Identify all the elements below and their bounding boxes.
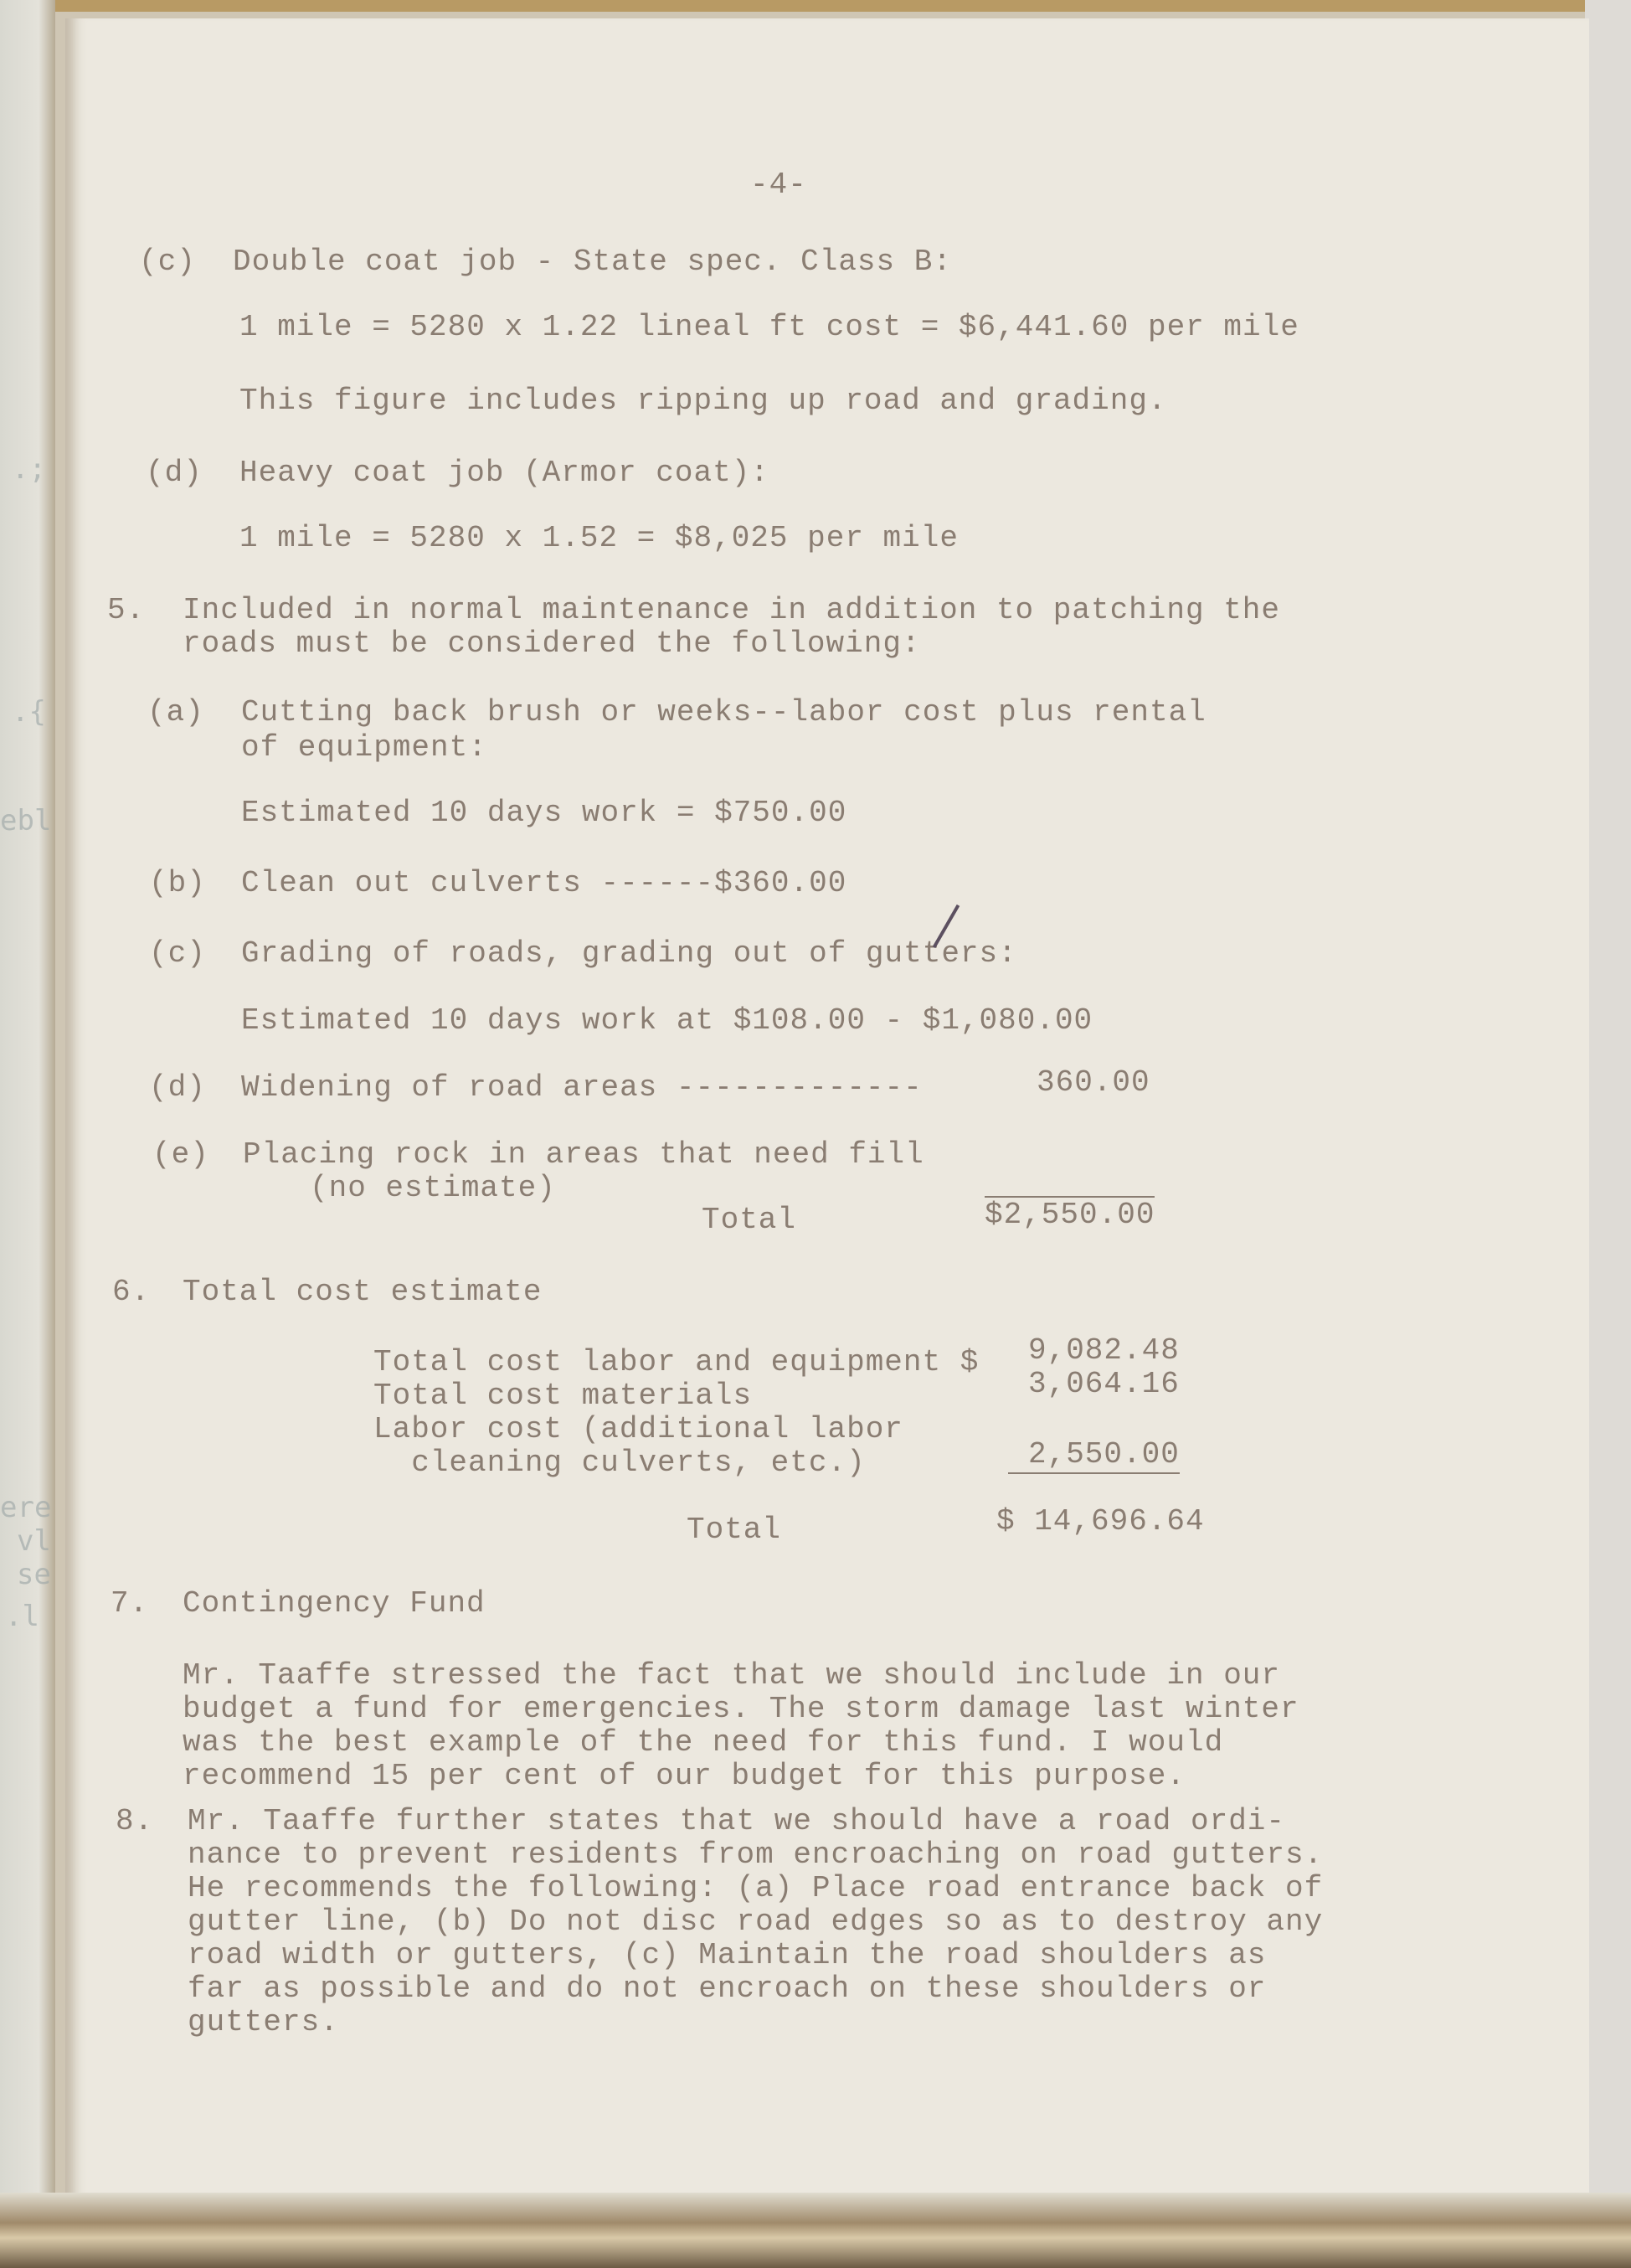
paragraph-line: was the best example of the need for thi… <box>183 1725 1223 1760</box>
paragraph-line: far as possible and do not encroach on t… <box>188 1972 1266 2007</box>
ghost-text: ere <box>0 1491 51 1524</box>
cost-row-label: Labor cost (additional labor <box>373 1412 903 1447</box>
item-label: (c) <box>149 936 206 972</box>
ghost-text: ebl <box>0 804 51 838</box>
ghost-text: vl <box>17 1524 51 1558</box>
item-text: Cutting back brush or weeks--labor cost … <box>241 695 1207 730</box>
paragraph-line: He recommends the following: (a) Place r… <box>188 1871 1323 1906</box>
item-amount: 360.00 <box>1037 1065 1150 1100</box>
paragraph-line: road width or gutters, (c) Maintain the … <box>188 1938 1266 1973</box>
item-text: of equipment: <box>241 730 487 765</box>
paragraph-line: gutters. <box>188 2005 339 2040</box>
item-label: (a) <box>147 695 204 730</box>
paragraph-line: Mr. Taaffe stressed the fact that we sho… <box>183 1658 1280 1693</box>
ghost-text: .{ <box>12 695 46 729</box>
item-text: Placing rock in areas that need fill <box>243 1137 924 1173</box>
total-label: Total <box>687 1513 781 1548</box>
paragraph-line: gutter line, (b) Do not disc road edges … <box>188 1905 1323 1940</box>
section-number: 8. <box>116 1804 153 1839</box>
paragraph-line: budget a fund for emergencies. The storm… <box>183 1692 1299 1727</box>
cost-row-label: Total cost labor and equipment $ <box>373 1345 979 1380</box>
adjacent-page-right <box>1585 0 1631 2268</box>
cost-row-value: 3,064.16 <box>1028 1367 1180 1402</box>
item-estimate: Estimated 10 days work = $750.00 <box>241 796 846 831</box>
page-number: -4- <box>750 168 807 203</box>
item-label: (c) <box>139 245 196 280</box>
item-label: (d) <box>149 1070 206 1106</box>
document-body: -4- (c) Double coat job - State spec. Cl… <box>65 18 1589 2229</box>
cost-formula: 1 mile = 5280 x 1.22 lineal ft cost = $6… <box>239 310 1299 345</box>
item-title: Heavy coat job (Armor coat): <box>239 456 769 491</box>
item-text: (no estimate) <box>310 1171 556 1206</box>
item-label: (e) <box>152 1137 209 1173</box>
cost-formula: 1 mile = 5280 x 1.52 = $8,025 per mile <box>239 521 959 556</box>
cost-row-value: 2,550.00 <box>1008 1437 1180 1474</box>
cost-row-label: Total cost materials <box>373 1379 752 1414</box>
item-label: (b) <box>149 866 206 901</box>
section-number: 5. <box>107 593 145 628</box>
section-title: Total cost estimate <box>183 1275 542 1310</box>
item-label: (d) <box>146 456 203 491</box>
item-title: Double coat job - State spec. Class B: <box>233 245 952 280</box>
ghost-text: se <box>17 1558 51 1591</box>
total-value: $2,550.00 <box>985 1196 1155 1233</box>
cost-row-value: 9,082.48 <box>1028 1333 1279 1369</box>
binder-top-edge <box>0 0 1631 12</box>
section-number: 7. <box>111 1586 148 1621</box>
typed-page: -4- (c) Double coat job - State spec. Cl… <box>65 18 1589 2229</box>
binder-bottom-edge <box>0 2193 1631 2268</box>
section-text: roads must be considered the following: <box>183 626 921 662</box>
section-text: Included in normal maintenance in additi… <box>183 593 1280 628</box>
ghost-text: .; <box>12 452 46 486</box>
paragraph-line: nance to prevent residents from encroach… <box>188 1838 1323 1873</box>
total-label: Total <box>702 1203 796 1238</box>
item-text: Widening of road areas ------------- <box>241 1070 923 1106</box>
item-estimate: Estimated 10 days work at $108.00 - $1,0… <box>241 1003 1093 1039</box>
adjacent-page-left: .; .{ ebl ere vl se .l <box>0 0 55 2268</box>
paragraph-line: Mr. Taaffe further states that we should… <box>188 1804 1285 1839</box>
ghost-text: .l <box>5 1600 39 1633</box>
item-text: Clean out culverts ------$360.00 <box>241 866 846 901</box>
item-text: Grading of roads, grading out of gutters… <box>241 936 1017 972</box>
cost-row-label: cleaning culverts, etc.) <box>373 1446 866 1481</box>
section-number: 6. <box>112 1275 150 1310</box>
paragraph-line: recommend 15 per cent of our budget for … <box>183 1759 1186 1794</box>
total-value: $ 14,696.64 <box>996 1504 1205 1539</box>
section-title: Contingency Fund <box>183 1586 486 1621</box>
item-note: This figure includes ripping up road and… <box>239 384 1167 419</box>
